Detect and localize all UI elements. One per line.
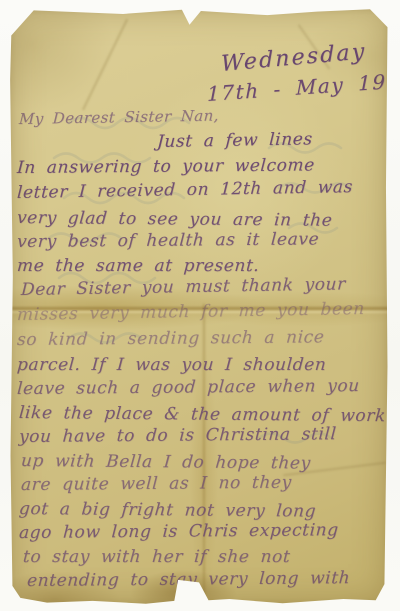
- letter-line: Just a few lines: [156, 129, 313, 152]
- letter-text: Wednesday 17th - May 1916 My Dearest Sis…: [9, 8, 389, 605]
- letter-salutation: My Dearest Sister Nan,: [19, 107, 220, 129]
- letter-line: very best of health as it leave: [16, 229, 319, 252]
- letter-line: me the same at present.: [16, 256, 260, 276]
- letter-line: very glad to see you are in the: [16, 208, 333, 231]
- letter-line: In answering to your welcome: [16, 155, 315, 178]
- letter-line: to stay with her if she not: [22, 547, 291, 567]
- letter-line: letter I received on 12th and was: [16, 177, 353, 203]
- letter-line: you have to do is Christina still: [18, 424, 337, 447]
- letter-line: up with Bella I do hope they: [20, 451, 311, 474]
- letter-line: parcel. If I was you I shoulden: [16, 355, 327, 375]
- letter-line: leave such a good place when you: [16, 376, 360, 399]
- letter-line: ago how long is Chris expecting: [18, 520, 339, 543]
- letter-line: so kind in sending such a nice: [16, 327, 325, 350]
- photo-background: Wednesday 17th - May 1916 My Dearest Sis…: [0, 0, 400, 611]
- letter-line: got a big fright not very long: [18, 499, 317, 522]
- letter-line: like the place & the amount of work: [18, 403, 386, 426]
- letter-paper: Wednesday 17th - May 1916 My Dearest Sis…: [9, 8, 389, 605]
- letter-line: entending to stay very long with: [26, 568, 350, 591]
- letter-line: are quite well as I no they: [20, 473, 292, 495]
- letter-line: Dear Sister you must thank your: [20, 274, 346, 300]
- letter-line: misses very much for me you been: [16, 299, 365, 325]
